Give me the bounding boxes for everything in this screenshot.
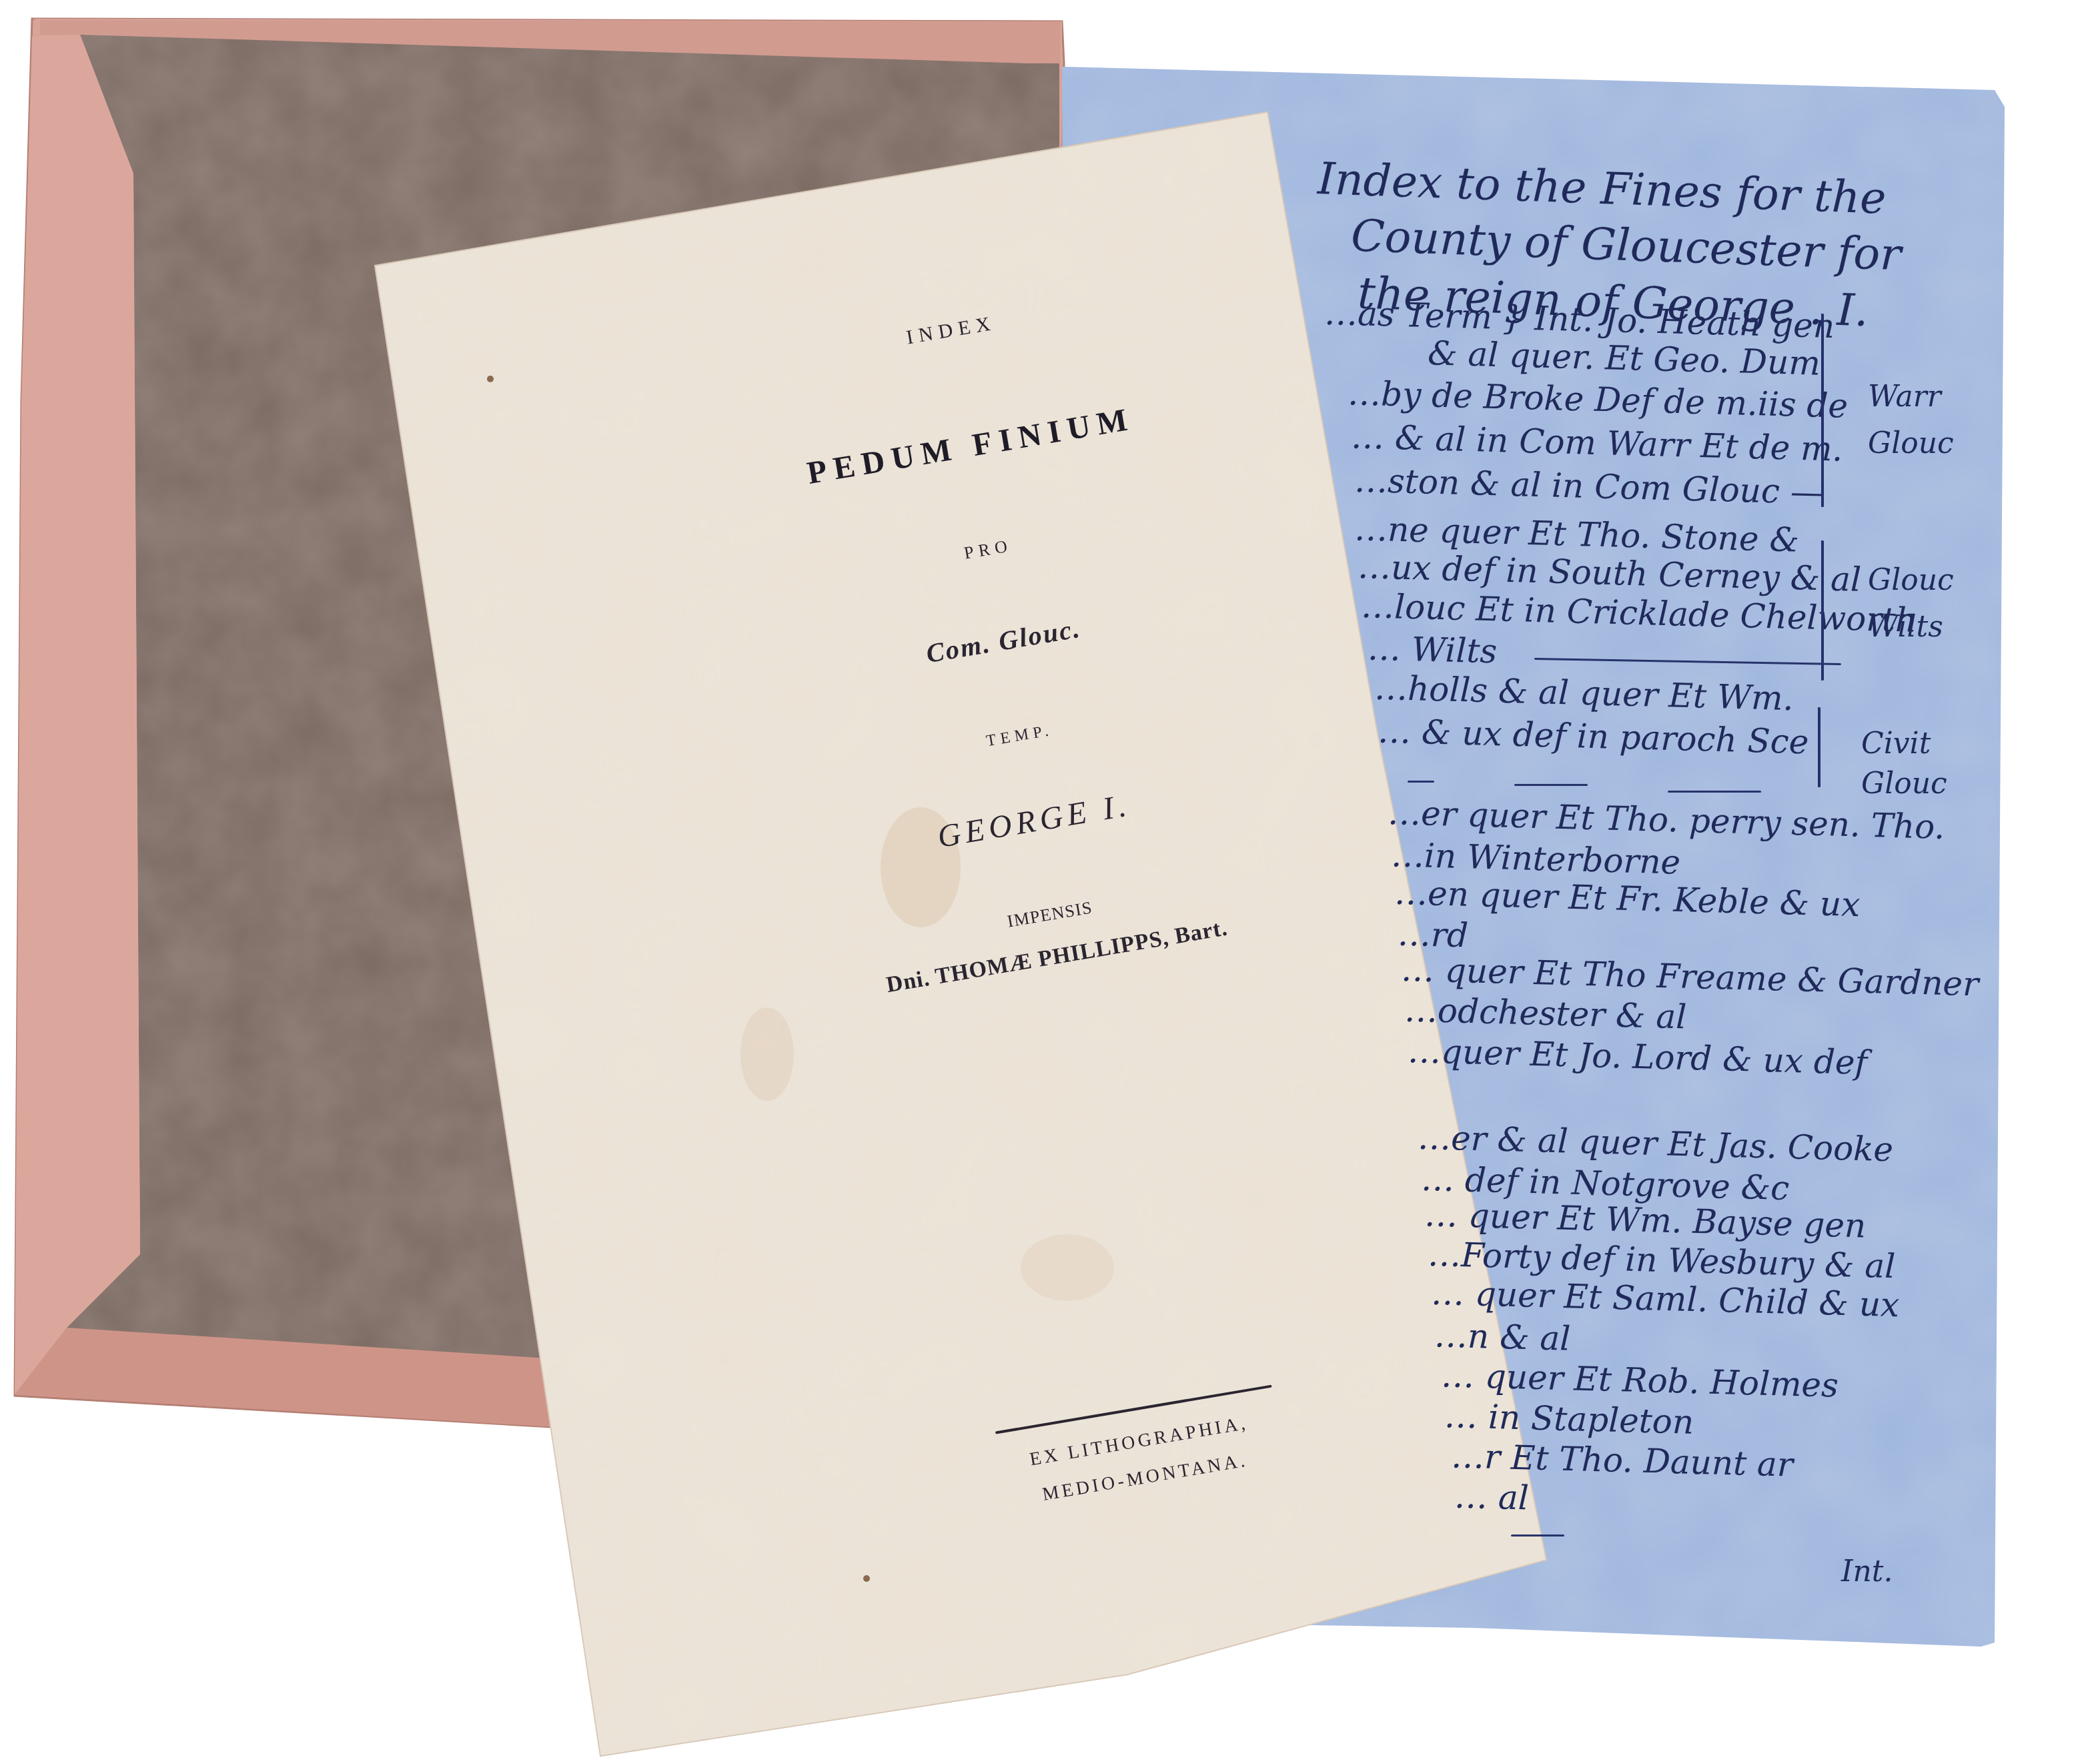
folder-left-flap bbox=[15, 35, 140, 1394]
index-entry: … Wilts bbox=[1367, 628, 1498, 671]
separator-line bbox=[1511, 1534, 1564, 1536]
bracket-1 bbox=[1821, 314, 1844, 507]
title-county: Com. Glouc. bbox=[508, 542, 1500, 739]
margin-note: Glouc bbox=[1868, 557, 1954, 604]
catchword: Int. bbox=[1841, 1555, 1893, 1589]
index-entry: …n & al bbox=[1434, 1316, 1571, 1358]
margin-note: Glouc bbox=[1868, 420, 1954, 467]
separator-line bbox=[1514, 784, 1588, 786]
index-entry: …odchester & al bbox=[1404, 990, 1687, 1036]
margin-note: Wilts bbox=[1868, 604, 1943, 650]
margin-note: Warr bbox=[1868, 374, 1941, 420]
photo-scene: INDEX PEDUM FINIUM PRO Com. Glouc. TEMP.… bbox=[0, 0, 2074, 1764]
title-temp: TEMP. bbox=[525, 644, 1514, 829]
bracket-2 bbox=[1821, 540, 1844, 681]
separator-line bbox=[1668, 791, 1761, 793]
index-entry: … in Stapleton bbox=[1444, 1396, 1694, 1442]
index-entry: …rd bbox=[1397, 915, 1468, 955]
bracket-3 bbox=[1818, 707, 1841, 787]
separator-line bbox=[1408, 781, 1434, 783]
index-entry: … al bbox=[1454, 1477, 1529, 1518]
margin-note: Glouc bbox=[1861, 761, 1947, 807]
